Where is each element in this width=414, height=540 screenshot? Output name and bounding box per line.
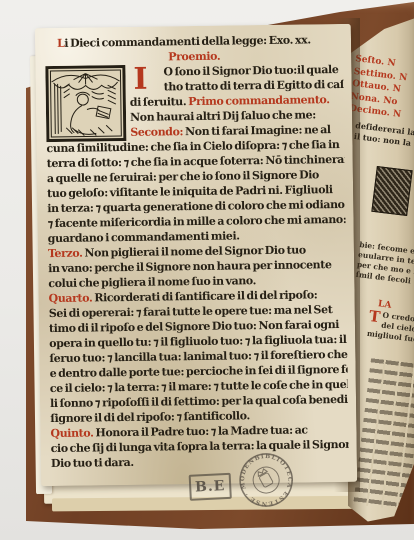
creed-initial: T [368, 309, 381, 325]
right-page-text-fragment: deſidererai lail tuo: non la [353, 120, 414, 149]
right-page-text-fragment: bie: ſecome eeuularre in teper che mo e … [355, 240, 414, 287]
left-page: I Li Dieci commandamenti della legge: Ex… [35, 24, 357, 486]
right-page-creed-fragment: T O credodel cielomigliuol ſuo [366, 309, 414, 345]
photo-of-open-book: Seſto. NSettimo. NOttauo. NNona. NoDecim… [0, 0, 414, 540]
library-stamp-box: B.E [189, 473, 232, 501]
text-line: Dio tuo ti dara. [51, 452, 349, 471]
page-text-lines: Li Dieci commandamenti della legge: Exo.… [45, 32, 349, 482]
right-page-dense-text [353, 357, 414, 510]
woodcut-illustration-small [371, 166, 412, 216]
